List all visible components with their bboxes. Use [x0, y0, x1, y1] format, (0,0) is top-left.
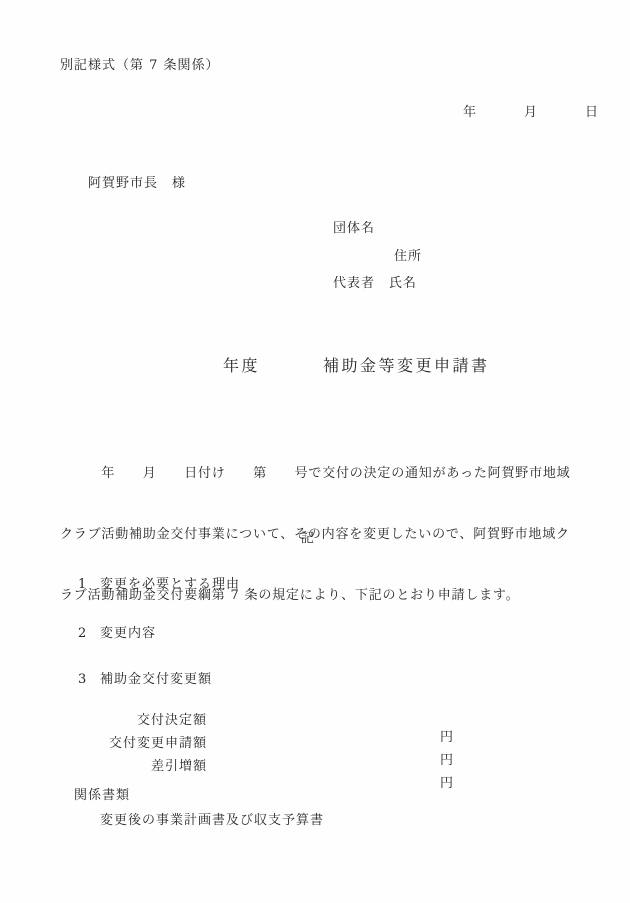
- item-number: 3: [78, 671, 86, 689]
- list-item-change-details: 2 変更内容: [78, 625, 156, 643]
- date-day-label: 日: [585, 104, 599, 122]
- amount-label: 差引増額: [60, 758, 207, 776]
- list-item-subsidy-change-amount: 3 補助金交付変更額: [78, 671, 212, 689]
- date-month-label: 月: [524, 104, 538, 122]
- related-documents-header: 関係書類: [74, 787, 130, 805]
- item-number: 2: [78, 625, 86, 643]
- document-title: 補助金等変更申請書: [323, 355, 490, 377]
- amount-row-change-requested: 交付変更申請額 円: [0, 717, 630, 733]
- date-line: 年 月 日: [463, 104, 599, 122]
- amount-row-decided: 交付決定額 円: [0, 694, 630, 710]
- date-year-label: 年: [463, 104, 477, 122]
- organization-name-label: 団体名: [333, 220, 375, 238]
- form-style-note: 別記様式（第 7 条関係）: [60, 57, 220, 75]
- item-label: 変更内容: [100, 625, 156, 643]
- related-document-item: 変更後の事業計画書及び収支予算書: [100, 812, 324, 830]
- item-label: 変更を必要とする理由: [100, 576, 240, 594]
- record-marker: 記: [0, 530, 616, 548]
- title-fiscal-year-prefix: 年度: [223, 355, 260, 377]
- item-number: 1: [78, 576, 86, 594]
- document-page: 別記様式（第 7 条関係） 年 月 日 阿賀野市長 様 団体名 住所 代表者 氏…: [0, 0, 630, 903]
- paragraph-line: 年 月 日付け 第 号で交付の決定の通知があった阿賀野市地域: [60, 461, 574, 487]
- list-item-reason: 1 変更を必要とする理由: [78, 576, 240, 594]
- addressee-line: 阿賀野市長 様: [88, 175, 186, 193]
- amount-row-difference: 差引増額 円: [0, 740, 630, 756]
- amount-unit-yen: 円: [440, 775, 454, 793]
- item-label: 補助金交付変更額: [100, 671, 212, 689]
- address-label: 住所: [394, 248, 422, 266]
- representative-name-label: 代表者 氏名: [333, 275, 417, 293]
